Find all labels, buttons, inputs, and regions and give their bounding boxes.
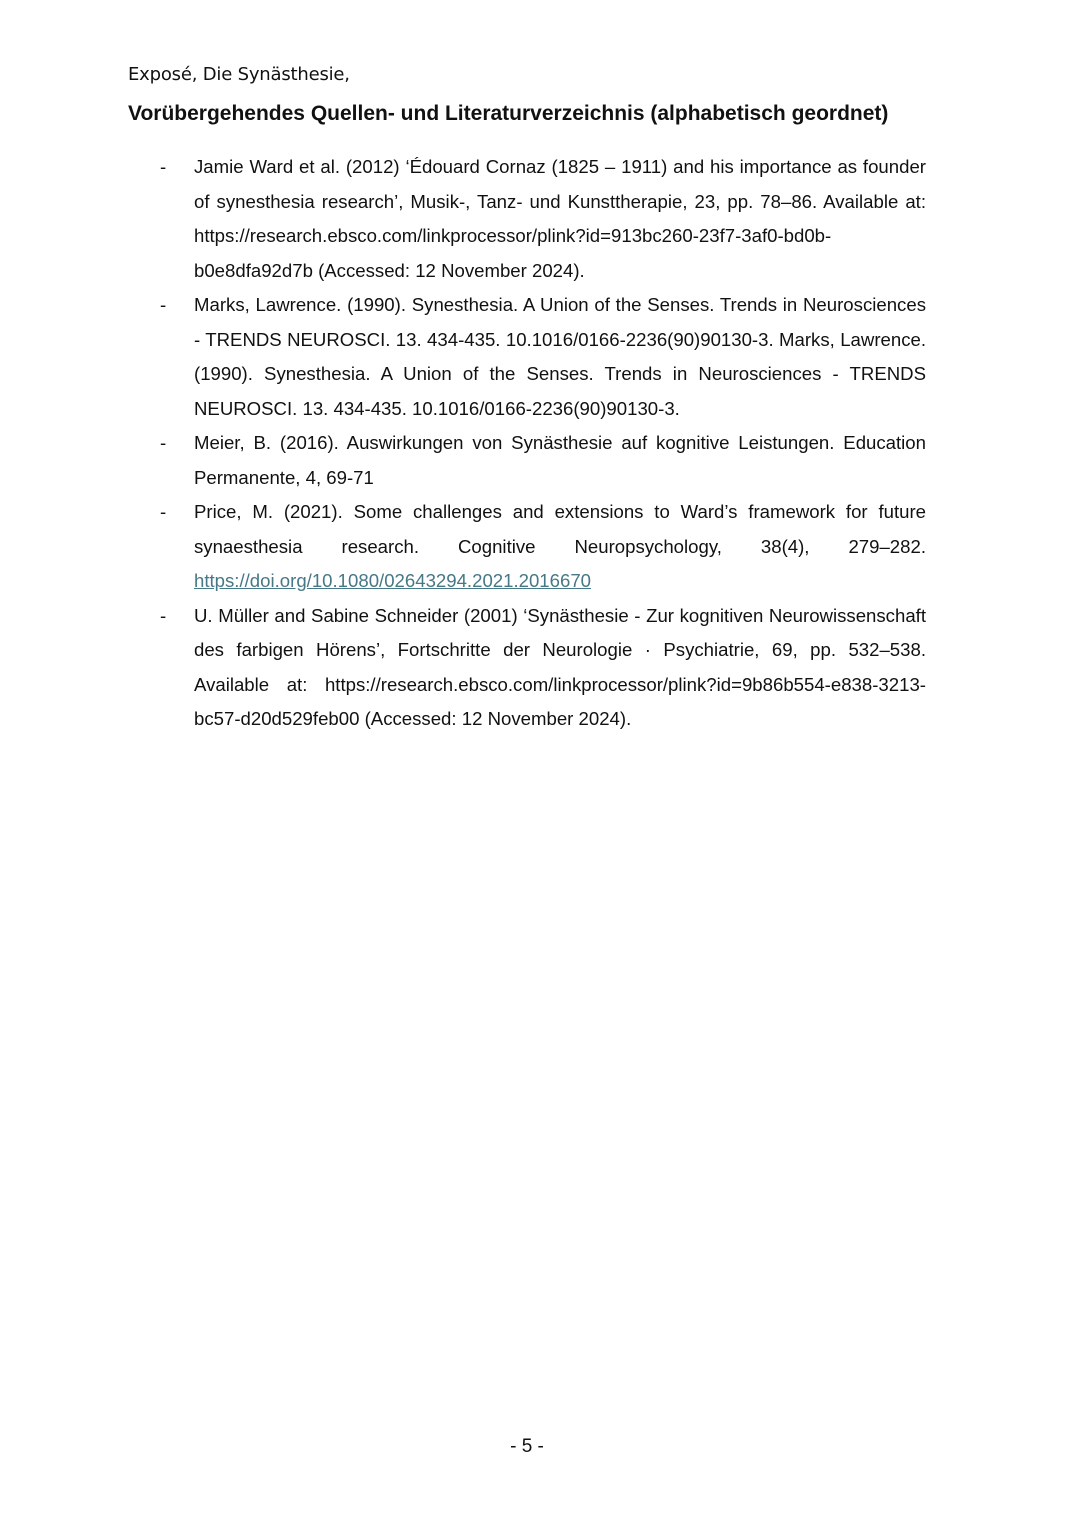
reference-item: - U. Müller and Sabine Schneider (2001) … <box>160 599 926 737</box>
reference-text: Marks, Lawrence. (1990). Synesthesia. A … <box>194 294 926 419</box>
running-header: Exposé, Die Synästhesie, <box>128 64 350 85</box>
reference-list: - Jamie Ward et al. (2012) ‘Édouard Corn… <box>160 150 926 737</box>
bullet-dash: - <box>160 150 166 185</box>
page-number: - 5 - <box>0 1436 1054 1458</box>
bullet-dash: - <box>160 599 166 634</box>
reference-item: - Jamie Ward et al. (2012) ‘Édouard Corn… <box>160 150 926 288</box>
reference-text: U. Müller and Sabine Schneider (2001) ‘S… <box>194 605 926 730</box>
page-title: Vorübergehendes Quellen- und Literaturve… <box>128 102 888 126</box>
reference-text: Jamie Ward et al. (2012) ‘Édouard Cornaz… <box>194 156 926 281</box>
bullet-dash: - <box>160 288 166 323</box>
doi-link[interactable]: https://doi.org/10.1080/02643294.2021.20… <box>194 570 591 591</box>
reference-text: Meier, B. (2016). Auswirkungen von Synäs… <box>194 432 926 488</box>
reference-item: - Price, M. (2021). Some challenges and … <box>160 495 926 599</box>
reference-text: Price, M. (2021). Some challenges and ex… <box>194 501 926 557</box>
reference-item: - Meier, B. (2016). Auswirkungen von Syn… <box>160 426 926 495</box>
reference-item: - Marks, Lawrence. (1990). Synesthesia. … <box>160 288 926 426</box>
bullet-dash: - <box>160 426 166 461</box>
bullet-dash: - <box>160 495 166 530</box>
